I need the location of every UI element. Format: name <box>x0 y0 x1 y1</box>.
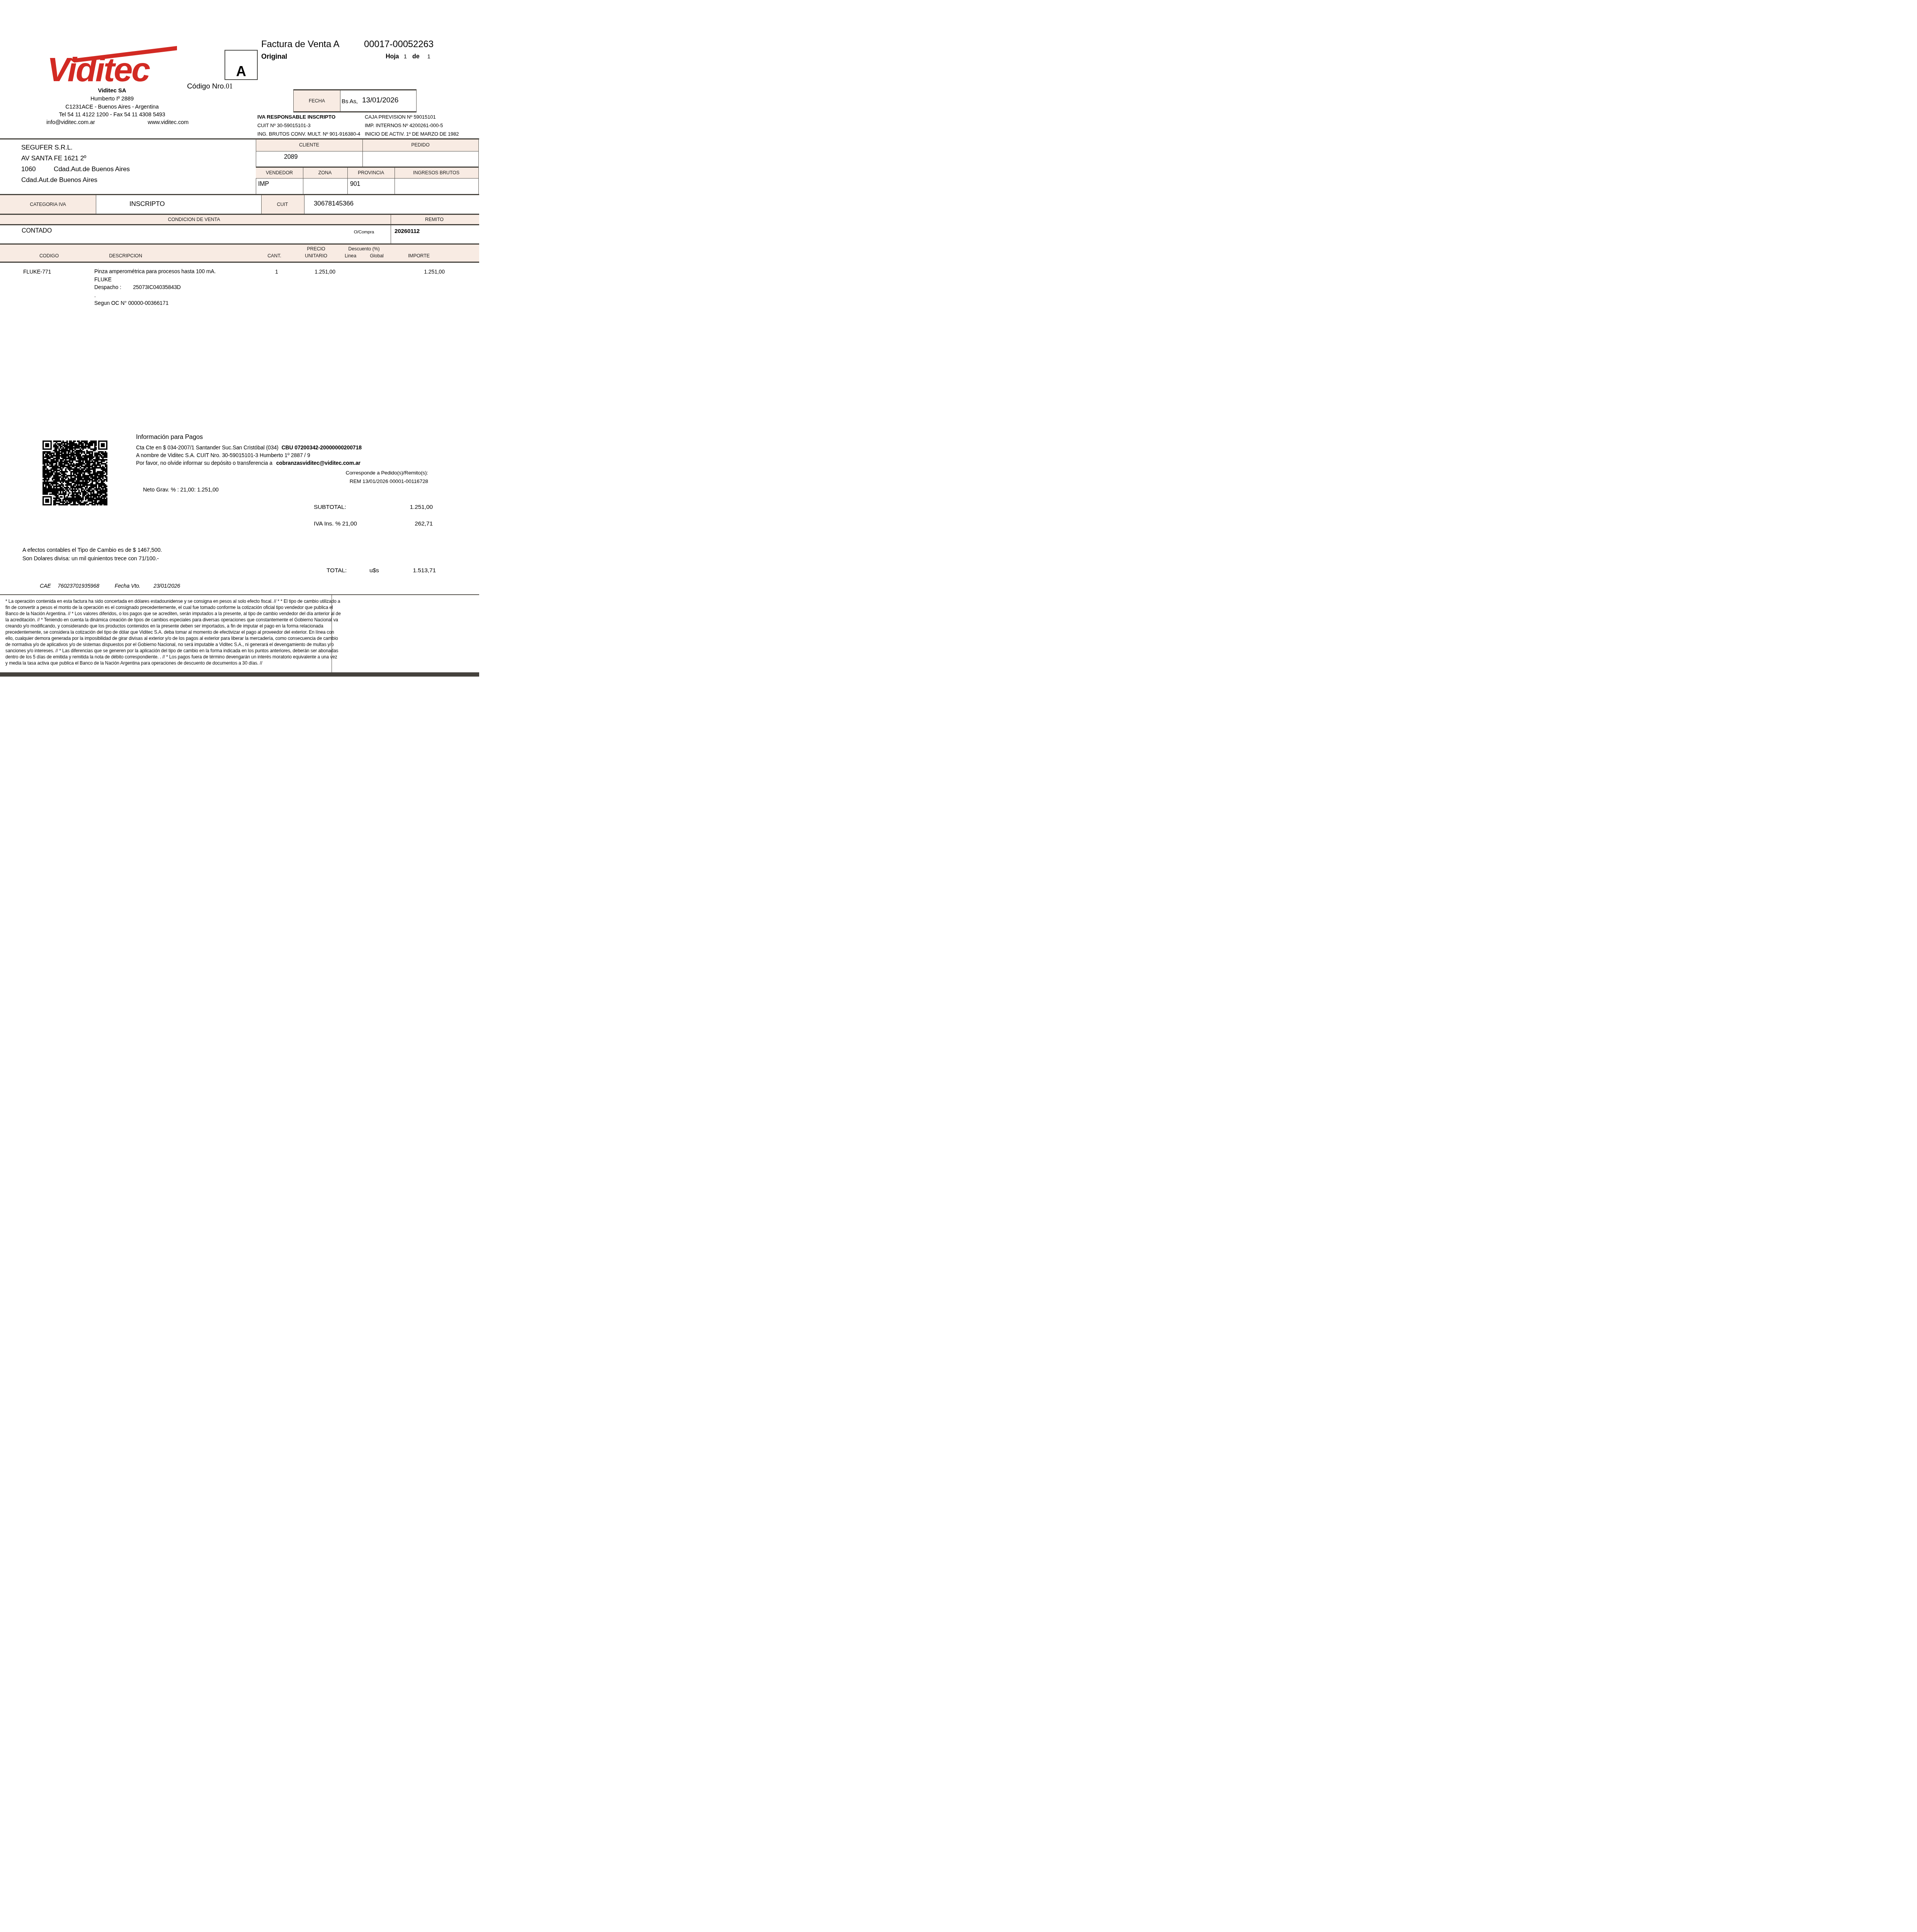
cae-line: CAE 76023701935968 Fecha Vto. 23/01/2026 <box>40 583 180 589</box>
item-precio: 1.251,00 <box>298 269 335 275</box>
legal-line: dentro de los 5 días de emitida y remiti… <box>5 654 474 660</box>
total-label: TOTAL: <box>327 567 347 574</box>
legal-line: precedentemente, se considera la cotizac… <box>5 629 474 635</box>
item-description: Pinza amperométrica para procesos hasta … <box>94 267 216 307</box>
viditec-logo: Viditec <box>47 45 177 85</box>
item-desc-line: Segun OC N° 00000-00366171 <box>94 299 216 307</box>
tax-block-right: CAJA PREVISION Nº 59015101 IMP. INTERNOS… <box>365 113 459 138</box>
tax-left-line: CUIT Nº 30-59015101-3 <box>257 121 361 130</box>
payments-title: Información para Pagos <box>136 434 203 441</box>
cae-label: CAE <box>40 583 51 589</box>
cliente-pedido-header <box>256 139 478 151</box>
legal-line: Banco de la Nación Argentina. // * Los v… <box>5 611 474 617</box>
iva-label: IVA Ins. % 21,00 <box>314 520 357 527</box>
invoice-letter-box: A <box>225 50 258 80</box>
legal-line: de normativa y/o de aplicativos y/o de s… <box>5 641 474 648</box>
company-name: Viditec SA <box>29 87 195 94</box>
categoria-iva-label: CATEGORIA IVA <box>30 202 66 207</box>
customer-name: SEGUFER S.R.L. <box>21 144 73 151</box>
company-email: info@viditec.com.ar <box>46 119 95 126</box>
pedido-header: PEDIDO <box>411 142 429 148</box>
cuit-value: 30678145366 <box>314 200 354 207</box>
company-city: C1231ACE - Buenos Aires - Argentina <box>29 104 195 110</box>
vendedor-value: IMP <box>258 181 269 188</box>
invoice-number: 00017-00052263 <box>364 39 434 50</box>
legal-line: sanciones y/o intereses. // * Las difere… <box>5 648 474 654</box>
legal-line: la acreditación. // * Teniendo en cuenta… <box>5 617 474 623</box>
corresponde-label: Corresponde a Pedido(s)/Remito(s): <box>274 470 428 476</box>
descuento-header: Descuento (%) <box>348 246 379 252</box>
invoice-letter: A <box>225 65 257 78</box>
descripcion-header: DESCRIPCION <box>109 253 142 259</box>
rem-reference: REM 13/01/2026 00001-00116728 <box>274 478 428 484</box>
subtotal-value: 1.251,00 <box>394 504 433 511</box>
remito-header: REMITO <box>425 217 444 222</box>
legal-line: ello, cualquier demora generada por la i… <box>5 635 474 641</box>
condicion-header: CONDICION DE VENTA <box>168 217 220 222</box>
sheet-page: 1 <box>404 54 407 60</box>
tax-left-line: ING. BRUTOS CONV. MULT. Nº 901-916380-4 <box>257 130 361 138</box>
tax-right-line: IMP. INTERNOS Nº 4200261-000-5 <box>365 121 459 130</box>
company-website: www.viditec.com <box>148 119 189 126</box>
fecha-label: FECHA <box>309 98 325 104</box>
cliente-value: 2089 <box>284 154 298 161</box>
items-header-band <box>0 245 479 262</box>
customer-zip: 1060 <box>21 165 54 173</box>
customer-city2: Cdad.Aut.de Buenos Aires <box>21 176 97 184</box>
zona-header: ZONA <box>318 170 332 175</box>
exchange-line1: A efectos contables el Tipo de Cambio es… <box>22 547 162 553</box>
logo-text: Viditec <box>47 50 150 85</box>
codigo-nro: Código Nro.01 <box>187 82 233 91</box>
sheet-total: 1 <box>427 54 430 60</box>
cant-header: CANT. <box>267 253 281 259</box>
global-header: Global <box>370 253 384 259</box>
total-currency: u$s <box>369 567 379 574</box>
remito-value: 20260112 <box>395 228 420 235</box>
payments-line1: Cta Cte en $ 034-2007/1 Santander Suc.Sa… <box>136 444 362 451</box>
payments-line2: A nombre de Viditec S.A. CUIT Nro. 30-59… <box>136 452 310 458</box>
item-desc-line: Pinza amperométrica para procesos hasta … <box>94 267 216 276</box>
linea-header: Linea <box>345 253 356 259</box>
neto-grav: Neto Grav. % : 21,00: 1.251,00 <box>143 487 219 493</box>
tax-left-line: IVA RESPONSABLE INSCRIPTO <box>257 113 361 121</box>
payments-line1-text: Cta Cte en $ 034-2007/1 Santander Suc.Sa… <box>136 444 279 451</box>
iva-value: 262,71 <box>394 520 433 527</box>
legal-line: creando y/o modificando, y considerando … <box>5 623 474 629</box>
fecha-place: Bs As, <box>342 98 358 105</box>
importe-header: IMPORTE <box>408 253 430 259</box>
company-street: Humberto Iº 2889 <box>29 96 195 102</box>
exchange-line2: Son Dolares divisa: un mil quinientos tr… <box>22 556 159 562</box>
company-contact-row: info@viditec.com.ar www.viditec.com <box>46 119 189 126</box>
payments-cbu: CBU 07200342-20000000200718 <box>281 444 361 451</box>
precio-header-l2: UNITARIO <box>305 253 327 259</box>
cae-vto-label: Fecha Vto. <box>115 583 141 589</box>
condicion-band <box>0 215 479 224</box>
cae-date: 23/01/2026 <box>153 583 180 589</box>
fecha-date: 13/01/2026 <box>362 96 398 105</box>
legal-line: * La operación contenida en esta factura… <box>5 598 474 604</box>
customer-street: AV SANTA FE 1621 2º <box>21 155 86 162</box>
provincia-header: PROVINCIA <box>358 170 384 175</box>
subtotal-label: SUBTOTAL: <box>314 504 346 511</box>
precio-header-l1: PRECIO <box>307 246 325 252</box>
legal-text: * La operación contenida en esta factura… <box>5 598 474 666</box>
codigo-header: CODIGO <box>39 253 59 259</box>
condicion-value: CONTADO <box>22 228 52 235</box>
item-desc-line: . <box>94 291 216 299</box>
cae-number: 76023701935968 <box>58 583 99 589</box>
payments-email: cobranzasviditec@viditec.com.ar <box>276 460 361 466</box>
ocompra-label: O/Compra <box>297 230 374 235</box>
payments-line3: Por favor, no olvide informar su depósit… <box>136 460 361 466</box>
legal-line: fin de convertir a pesos el monto de la … <box>5 604 474 611</box>
provincia-value: 901 <box>350 181 360 188</box>
sheet-label: Hoja <box>386 53 399 60</box>
qr-code <box>43 440 107 505</box>
invoice-page: Viditec Viditec SA Humberto Iº 2889 C123… <box>0 0 479 678</box>
company-phone: Tel 54 11 4122 1200 - Fax 54 11 4308 549… <box>29 112 195 118</box>
invoice-title: Factura de Venta A <box>261 39 339 50</box>
cuit-label: CUIT <box>277 202 288 207</box>
sheet-indicator: Hoja 1 de 1 <box>386 53 430 60</box>
customer-city: Cdad.Aut.de Buenos Aires <box>54 165 130 173</box>
vendedor-header: VENDEDOR <box>266 170 293 175</box>
cliente-header: CLIENTE <box>299 142 319 148</box>
item-codigo: FLUKE-771 <box>23 269 51 275</box>
ingresos-header: INGRESOS BRUTOS <box>413 170 459 175</box>
payments-line3-text: Por favor, no olvide informar su depósit… <box>136 460 272 466</box>
item-cant: 1 <box>275 269 278 275</box>
total-value: 1.513,71 <box>396 567 436 574</box>
tax-right-line: CAJA PREVISION Nº 59015101 <box>365 113 459 121</box>
page-bottom-bar <box>0 672 479 677</box>
tax-block-left: IVA RESPONSABLE INSCRIPTO CUIT Nº 30-590… <box>257 113 361 138</box>
legal-line: y media la tasa activa que publica el Ba… <box>5 660 474 666</box>
tax-right-line: INICIO DE ACTIV. 1º DE MARZO DE 1982 <box>365 130 459 138</box>
customer-zip-city: 1060Cdad.Aut.de Buenos Aires <box>21 165 130 173</box>
sheet-de: de <box>412 53 419 60</box>
codigo-value: 01 <box>226 82 233 90</box>
categoria-iva-value: INSCRIPTO <box>129 200 165 208</box>
item-desc-line: FLUKE <box>94 276 216 284</box>
codigo-label: Código Nro. <box>187 82 226 90</box>
item-importe: 1.251,00 <box>407 269 445 275</box>
copy-label: Original <box>261 53 287 61</box>
item-desc-line: Despacho : 25073IC04035843D <box>94 283 216 291</box>
